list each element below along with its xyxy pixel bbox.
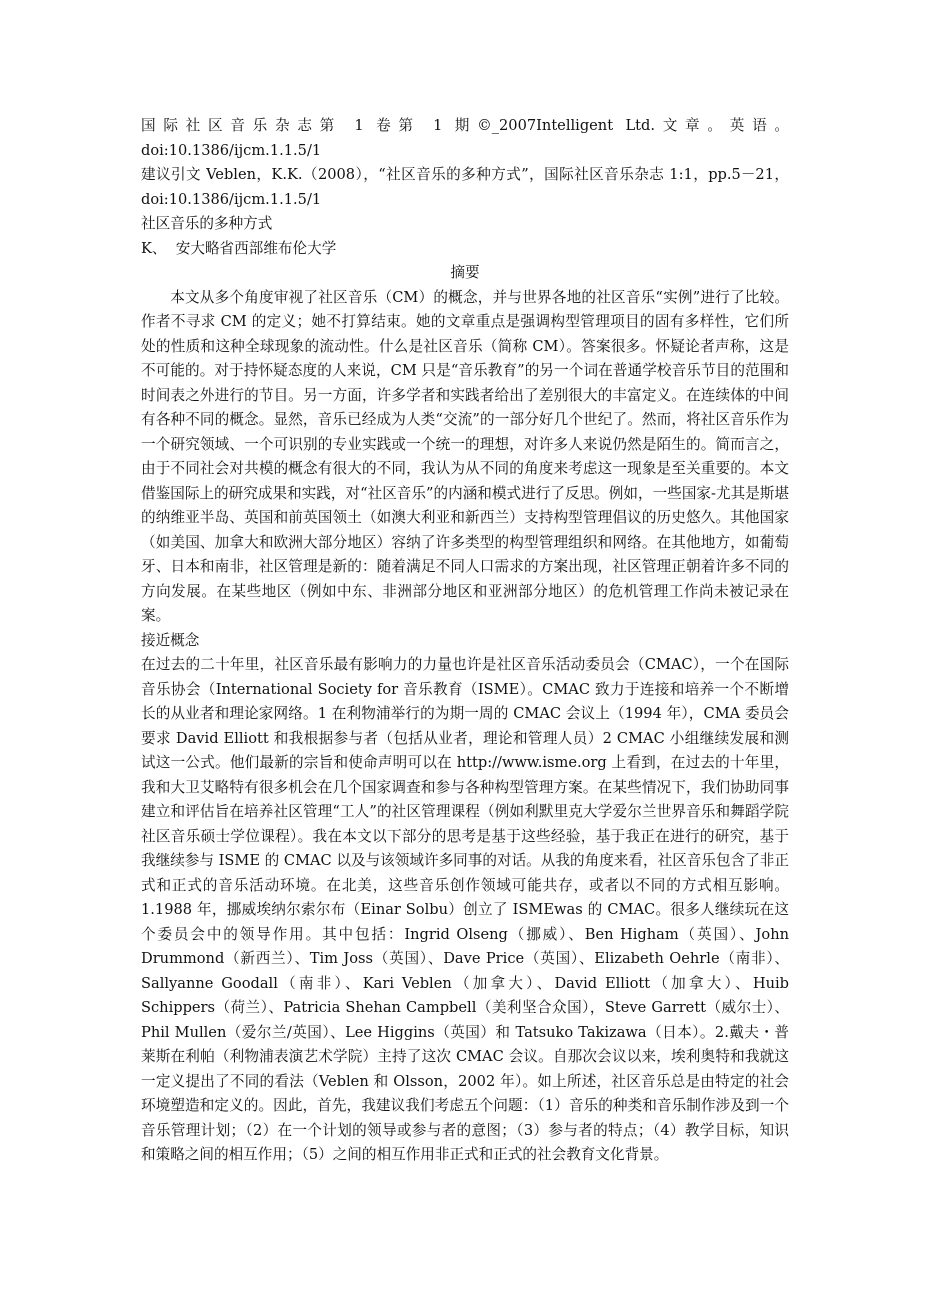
document-page: 国际社区音乐杂志第 1 卷第 1 期©_2007Intelligent Ltd.… — [141, 114, 789, 1168]
suggested-citation: 建议引文 Veblen，K.K.（2008），“社区音乐的多种方式”，国际社区音… — [141, 163, 789, 212]
journal-info-line: 国际社区音乐杂志第 1 卷第 1 期©_2007Intelligent Ltd.… — [141, 114, 789, 163]
section-heading: 接近概念 — [141, 629, 789, 654]
abstract-heading: 摘要 — [141, 261, 789, 286]
article-title: 社区音乐的多种方式 — [141, 212, 789, 237]
abstract-body: 本文从多个角度审视了社区音乐（CM）的概念，并与世界各地的社区音乐“实例”进行了… — [141, 286, 789, 629]
author-affiliation: K、 安大略省西部维布伦大学 — [141, 237, 789, 262]
section-body: 在过去的二十年里，社区音乐最有影响力的力量也许是社区音乐活动委员会（CMAC），… — [141, 653, 789, 1168]
